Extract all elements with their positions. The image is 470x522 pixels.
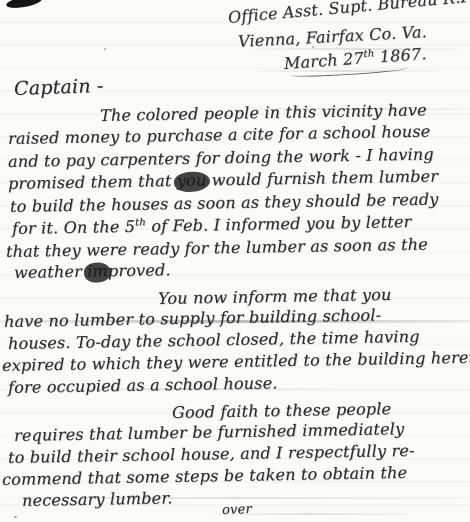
p1-line1: The colored people in this vicinity have bbox=[100, 100, 427, 125]
date-year: 1867. bbox=[374, 44, 427, 67]
struck-out-word: you bbox=[177, 171, 207, 191]
p3-line4: commend that some steps be taken to obta… bbox=[2, 463, 408, 489]
p3-line1: Good faith to these people bbox=[172, 399, 392, 422]
p1-line4-text: promised them that bbox=[8, 171, 177, 193]
ink-smudge bbox=[5, 0, 42, 10]
p2-line2: have no lumber to supply for building sc… bbox=[4, 305, 381, 331]
p1-line4: promised them that you would furnish the… bbox=[8, 166, 438, 193]
p1-line6-text: of Feb. I informed you by letter bbox=[146, 212, 412, 236]
paper-speck bbox=[104, 48, 106, 50]
p1-line7: that they were ready for the lumber as s… bbox=[6, 235, 428, 261]
p1-line8: weather improved. bbox=[14, 260, 171, 282]
p2-line5: fore occupied as a school house. bbox=[8, 373, 278, 397]
header-office-line: Office Asst. Supt. Bureau R.F.&A.L. bbox=[227, 0, 470, 27]
p1-line2: raised money to purchase a cite for a sc… bbox=[8, 122, 431, 148]
p3-line5: necessary lumber. bbox=[22, 488, 173, 510]
salutation: Captain - bbox=[14, 75, 104, 100]
p1-line8-text: proved. bbox=[108, 260, 171, 280]
date-ordinal-superscript: th bbox=[363, 48, 375, 60]
p1-line4-text: would furnish them lumber bbox=[206, 166, 438, 189]
p1-line6-text: for it. On the 5 bbox=[12, 217, 136, 238]
p1-line6: for it. On the 5th of Feb. I informed yo… bbox=[12, 212, 412, 238]
paper-speck bbox=[14, 516, 17, 518]
p2-line1: You now inform me that you bbox=[158, 285, 392, 308]
letter-scan: Office Asst. Supt. Bureau R.F.&A.L. Vien… bbox=[0, 0, 470, 522]
p1-line8-text: weather bbox=[14, 262, 88, 282]
struck-out-letters: im bbox=[87, 261, 108, 280]
day-ordinal-superscript: th bbox=[135, 217, 146, 228]
page-turn-note: over bbox=[222, 502, 252, 518]
